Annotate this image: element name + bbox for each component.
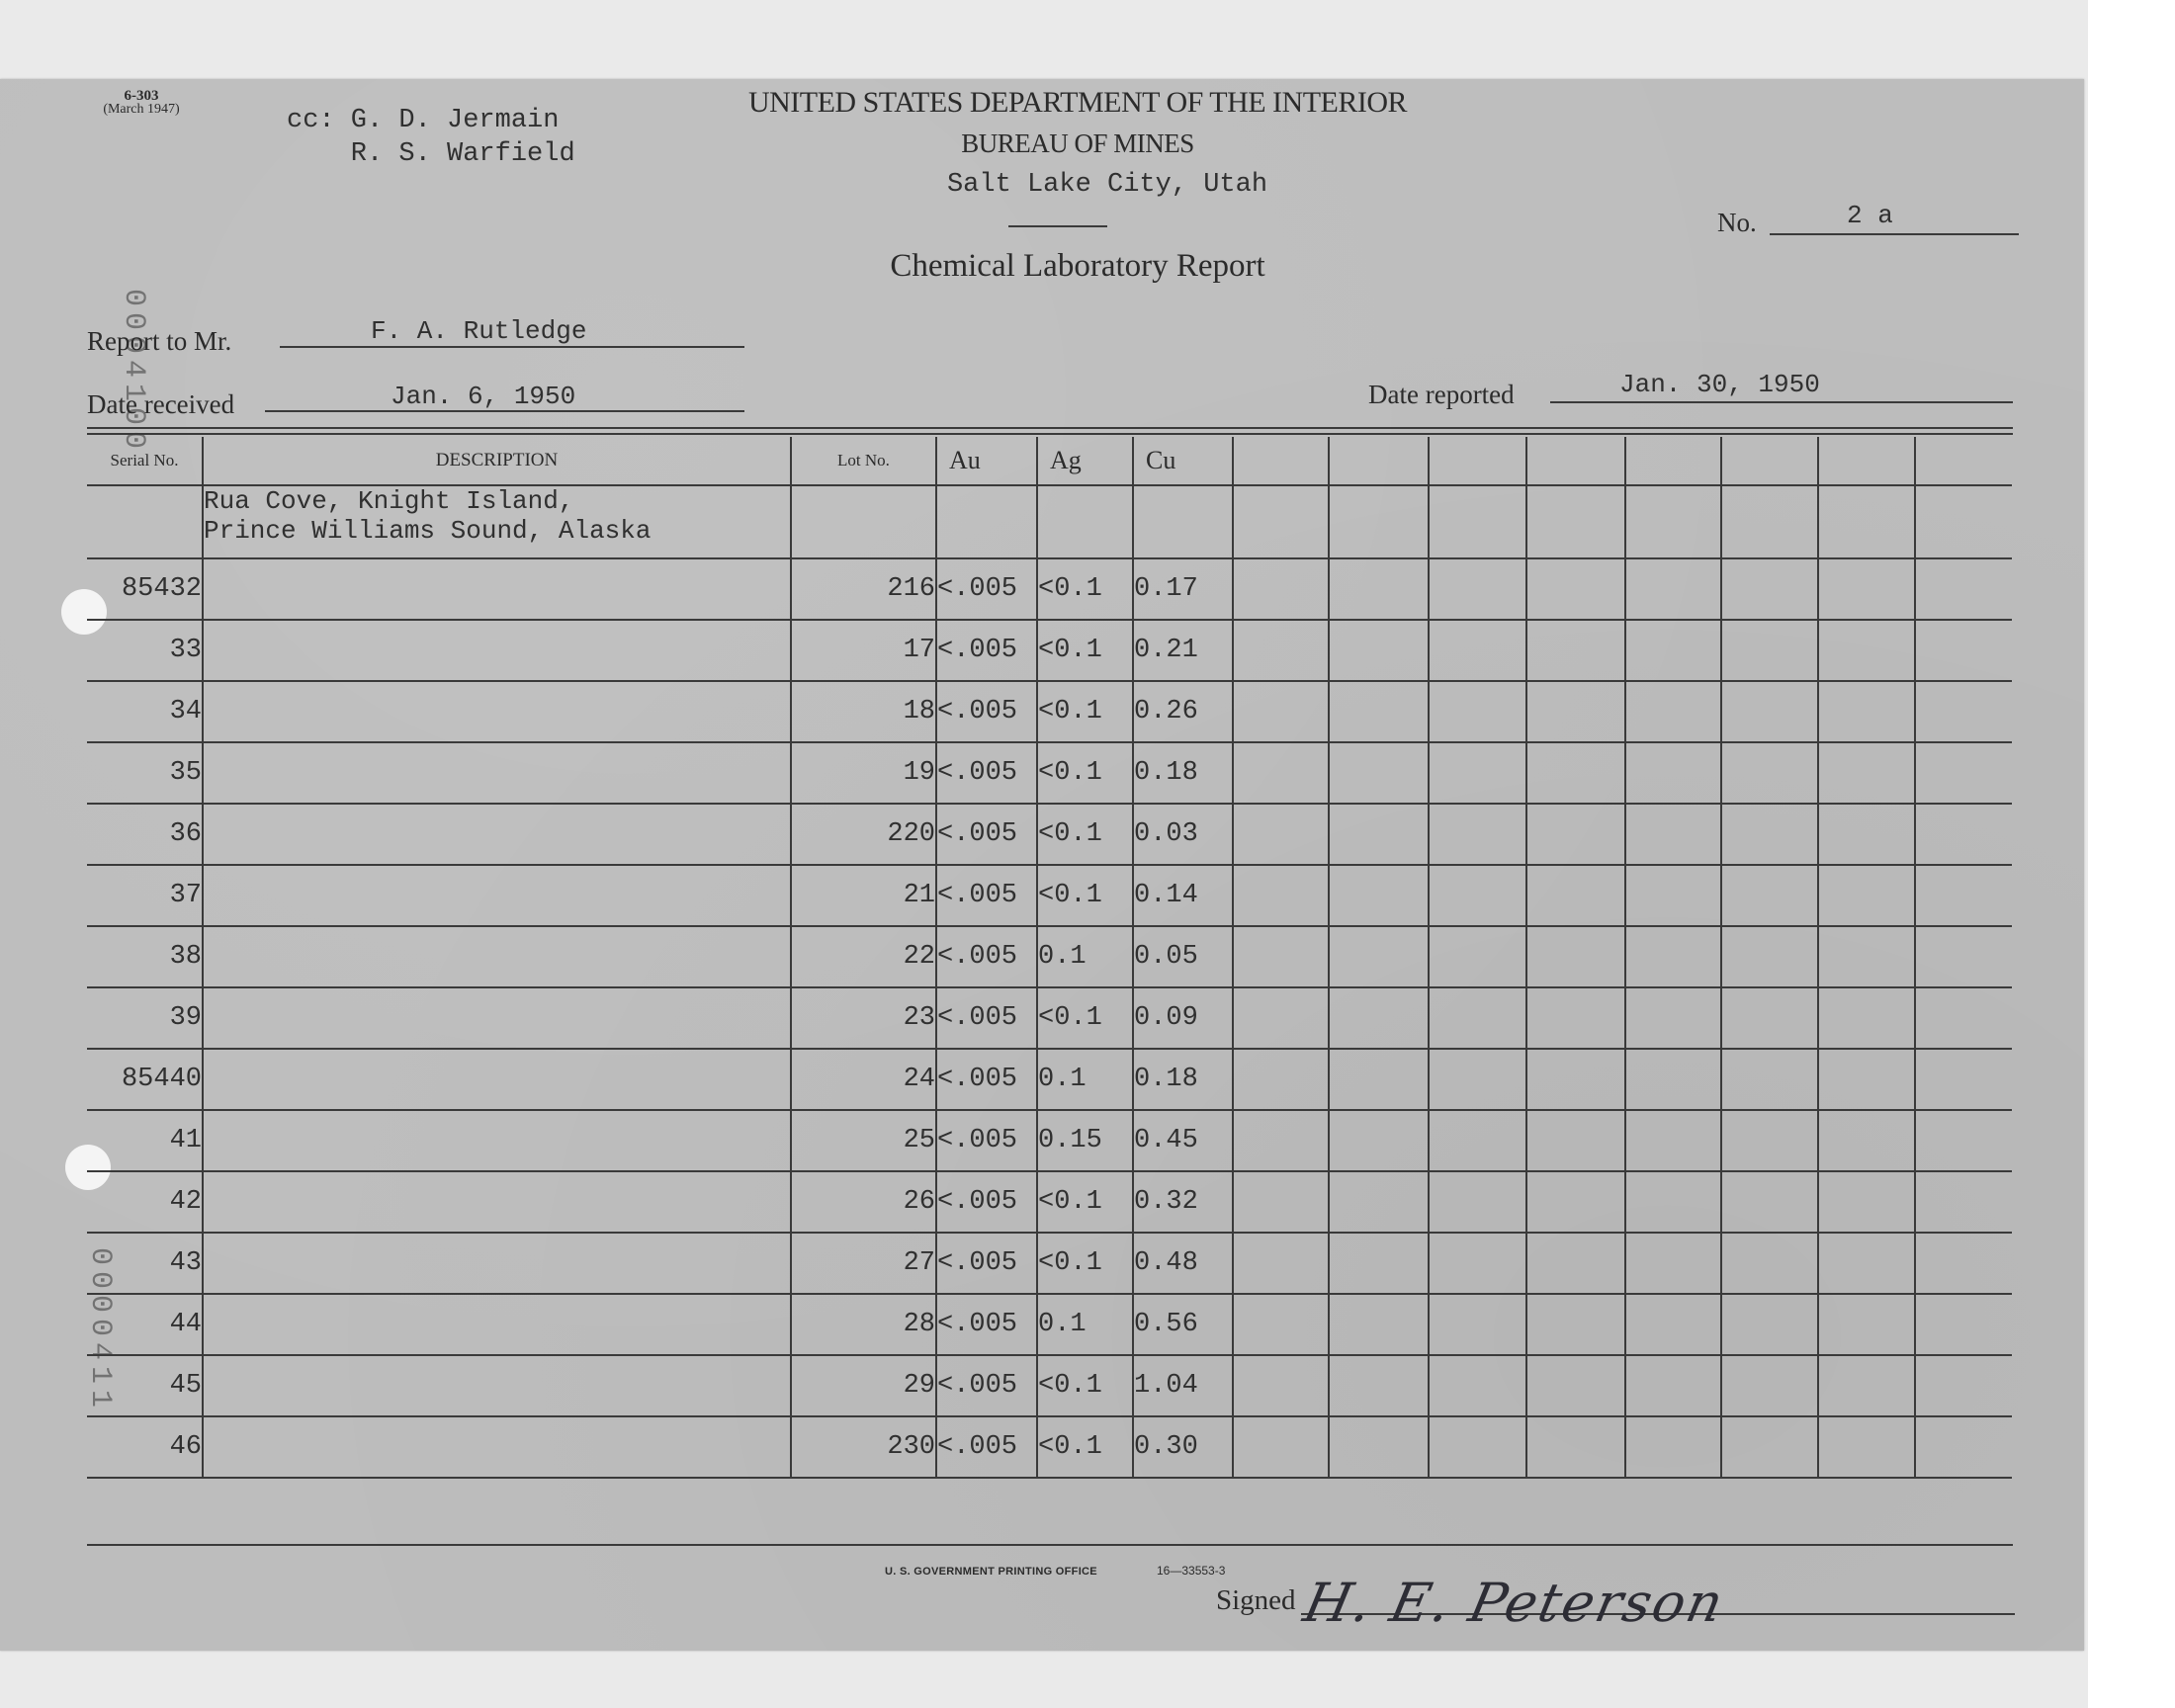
au-cell: <.005 xyxy=(936,1049,1037,1110)
table-header-row: Serial No. DESCRIPTION Lot No. Au Ag Cu xyxy=(87,437,2012,485)
header-blank xyxy=(1233,437,1329,485)
description-cell xyxy=(203,1355,791,1416)
report-to-line xyxy=(280,346,744,348)
blank-cell xyxy=(1233,742,1329,804)
description-cell xyxy=(203,1171,791,1233)
blank-cell xyxy=(1429,804,1526,865)
header-description: DESCRIPTION xyxy=(203,437,791,485)
blank-cell xyxy=(1329,558,1429,620)
au-cell: <.005 xyxy=(936,804,1037,865)
blank-cell xyxy=(1329,1416,1429,1478)
blank-cell xyxy=(1721,620,1818,681)
ag-cell: <0.1 xyxy=(1037,1233,1133,1294)
serial-cell: 41 xyxy=(87,1110,203,1171)
form-revision: (March 1947) xyxy=(87,103,196,117)
serial-cell: 44 xyxy=(87,1294,203,1355)
blank-cell xyxy=(1329,1355,1429,1416)
table-row: 4529<.005<0.11.04 xyxy=(87,1355,2012,1416)
header-lot: Lot No. xyxy=(791,437,936,485)
blank-cell xyxy=(1526,1171,1625,1233)
header-au: Au xyxy=(936,437,1037,485)
blank-cell xyxy=(1915,558,2012,620)
ag-cell: 0.1 xyxy=(1037,1049,1133,1110)
blank-cell xyxy=(1429,987,1526,1049)
description-cell xyxy=(203,1110,791,1171)
blank-cell xyxy=(1721,865,1818,926)
blank-cell xyxy=(1625,1171,1721,1233)
date-received-label: Date received xyxy=(87,389,234,420)
blank-cell xyxy=(1625,804,1721,865)
blank-cell xyxy=(1915,1416,2012,1478)
blank-cell xyxy=(1329,620,1429,681)
header-blank xyxy=(1526,437,1625,485)
serial-cell: 34 xyxy=(87,681,203,742)
blank-cell xyxy=(1818,1355,1915,1416)
cu-cell: 0.26 xyxy=(1133,681,1233,742)
blank-cell xyxy=(1526,1416,1625,1478)
report-to-label: Report to Mr. xyxy=(87,326,231,357)
document-id-stamp-top: 0004100 xyxy=(117,289,150,455)
description-cell xyxy=(203,1233,791,1294)
blank-cell xyxy=(1625,681,1721,742)
serial-cell: 42 xyxy=(87,1171,203,1233)
description-cell xyxy=(203,1416,791,1478)
sample-location-description: Rua Cove, Knight Island, Prince Williams… xyxy=(203,485,791,558)
blank-cell xyxy=(1915,804,2012,865)
blank-cell xyxy=(1721,1171,1818,1233)
blank-cell xyxy=(1329,1233,1429,1294)
au-cell: <.005 xyxy=(936,1233,1037,1294)
blank-cell xyxy=(1721,558,1818,620)
lot-cell: 19 xyxy=(791,742,936,804)
blank-cell xyxy=(1721,1233,1818,1294)
header-blank xyxy=(1818,437,1915,485)
blank-cell xyxy=(1818,1294,1915,1355)
serial-cell: 45 xyxy=(87,1355,203,1416)
blank-cell xyxy=(1233,1049,1329,1110)
table-row: 8544024<.0050.10.18 xyxy=(87,1049,2012,1110)
blank-cell xyxy=(1233,1171,1329,1233)
description-cell xyxy=(203,865,791,926)
signature: H. E. Peterson xyxy=(1298,1572,1730,1634)
au-cell: <.005 xyxy=(936,926,1037,987)
header-cu: Cu xyxy=(1133,437,1233,485)
cu-cell: 0.14 xyxy=(1133,865,1233,926)
report-to-value: F. A. Rutledge xyxy=(371,316,586,346)
blank-cell xyxy=(1233,865,1329,926)
blank-cell xyxy=(1233,1294,1329,1355)
table-row: 46230<.005<0.10.30 xyxy=(87,1416,2012,1478)
blank-cell xyxy=(1233,681,1329,742)
au-cell: <.005 xyxy=(936,558,1037,620)
blank-cell xyxy=(1818,1416,1915,1478)
ag-cell: <0.1 xyxy=(1037,620,1133,681)
blank-cell xyxy=(1721,804,1818,865)
blank-cell xyxy=(1818,742,1915,804)
blank-cell xyxy=(1329,742,1429,804)
au-cell: <.005 xyxy=(936,681,1037,742)
lot-cell: 18 xyxy=(791,681,936,742)
blank-cell xyxy=(1429,865,1526,926)
blank-cell xyxy=(1915,1233,2012,1294)
blank-cell xyxy=(1429,1294,1526,1355)
blank-cell xyxy=(1625,620,1721,681)
ag-cell: 0.1 xyxy=(1037,1294,1133,1355)
cu-cell: 0.30 xyxy=(1133,1416,1233,1478)
blank-cell xyxy=(1429,1355,1526,1416)
ag-cell: <0.1 xyxy=(1037,865,1133,926)
cu-cell: 0.05 xyxy=(1133,926,1233,987)
description-row: Rua Cove, Knight Island, Prince Williams… xyxy=(87,485,2012,558)
cu-cell: 1.04 xyxy=(1133,1355,1233,1416)
table-row: 4226<.005<0.10.32 xyxy=(87,1171,2012,1233)
table-row: 36220<.005<0.10.03 xyxy=(87,804,2012,865)
blank-cell xyxy=(1233,1233,1329,1294)
blank-cell xyxy=(1329,1294,1429,1355)
blank-cell xyxy=(1526,1233,1625,1294)
description-cell xyxy=(203,742,791,804)
date-received-value: Jan. 6, 1950 xyxy=(391,382,575,411)
blank-cell xyxy=(1429,1049,1526,1110)
lot-cell: 24 xyxy=(791,1049,936,1110)
header-divider xyxy=(1008,225,1107,227)
au-cell: <.005 xyxy=(936,1294,1037,1355)
cu-cell: 0.18 xyxy=(1133,1049,1233,1110)
blank-cell xyxy=(1721,1049,1818,1110)
header-blank xyxy=(1625,437,1721,485)
blank-cell xyxy=(1233,926,1329,987)
blank-cell xyxy=(1818,1171,1915,1233)
blank-cell xyxy=(1329,1171,1429,1233)
blank-cell xyxy=(1429,1233,1526,1294)
ag-cell: <0.1 xyxy=(1037,987,1133,1049)
blank-cell xyxy=(1721,1355,1818,1416)
blank-cell xyxy=(1721,987,1818,1049)
ag-cell: <0.1 xyxy=(1037,681,1133,742)
report-number-value: 2 a xyxy=(1847,201,1893,230)
cu-cell: 0.48 xyxy=(1133,1233,1233,1294)
ag-cell: <0.1 xyxy=(1037,1416,1133,1478)
blank-cell xyxy=(1818,926,1915,987)
blank-cell xyxy=(1429,926,1526,987)
blank-cell xyxy=(1526,1294,1625,1355)
lot-cell: 29 xyxy=(791,1355,936,1416)
cu-cell: 0.18 xyxy=(1133,742,1233,804)
header-blank xyxy=(1329,437,1429,485)
blank-cell xyxy=(1818,558,1915,620)
blank-cell xyxy=(1915,1049,2012,1110)
serial-cell: 36 xyxy=(87,804,203,865)
blank-cell xyxy=(1233,558,1329,620)
blank-cell xyxy=(1233,1355,1329,1416)
blank-cell xyxy=(1915,742,2012,804)
cu-cell: 0.03 xyxy=(1133,804,1233,865)
au-cell: <.005 xyxy=(936,742,1037,804)
blank-cell xyxy=(1625,1416,1721,1478)
blank-cell xyxy=(1818,1233,1915,1294)
blank-cell xyxy=(1625,1110,1721,1171)
cu-cell: 0.32 xyxy=(1133,1171,1233,1233)
blank-cell xyxy=(1526,987,1625,1049)
blank-cell xyxy=(1526,1110,1625,1171)
report-title: Chemical Laboratory Report xyxy=(593,248,1562,285)
header-blank xyxy=(1915,437,2012,485)
blank-cell xyxy=(1721,926,1818,987)
blank-cell xyxy=(1625,1049,1721,1110)
blank-cell xyxy=(1233,1416,1329,1478)
lot-cell: 23 xyxy=(791,987,936,1049)
blank-cell xyxy=(1818,987,1915,1049)
blank-cell xyxy=(1625,1355,1721,1416)
printing-office-note: U. S. GOVERNMENT PRINTING OFFICE xyxy=(885,1566,1097,1578)
blank-cell xyxy=(1625,742,1721,804)
blank-cell xyxy=(1329,987,1429,1049)
blank-cell xyxy=(1818,804,1915,865)
serial-cell: 39 xyxy=(87,987,203,1049)
description-cell xyxy=(203,987,791,1049)
results-table: Serial No. DESCRIPTION Lot No. Au Ag Cu … xyxy=(87,437,2012,1479)
header-serial: Serial No. xyxy=(87,437,203,485)
blank-cell xyxy=(1429,742,1526,804)
cu-cell: 0.09 xyxy=(1133,987,1233,1049)
table-row: 4327<.005<0.10.48 xyxy=(87,1233,2012,1294)
blank-cell xyxy=(1526,926,1625,987)
department-title: UNITED STATES DEPARTMENT OF THE INTERIOR xyxy=(593,86,1562,120)
serial-cell: 85432 xyxy=(87,558,203,620)
blank-cell xyxy=(1329,1049,1429,1110)
blank-cell xyxy=(1915,1171,2012,1233)
lot-cell: 216 xyxy=(791,558,936,620)
date-reported-line xyxy=(1550,401,2013,403)
blank-cell xyxy=(1233,1110,1329,1171)
lot-cell: 220 xyxy=(791,804,936,865)
description-cell xyxy=(203,558,791,620)
ag-cell: <0.1 xyxy=(1037,804,1133,865)
blank-cell xyxy=(1233,804,1329,865)
table-row: 3317<.005<0.10.21 xyxy=(87,620,2012,681)
blank-cell xyxy=(1915,987,2012,1049)
blank-cell xyxy=(1721,1110,1818,1171)
cu-cell: 0.56 xyxy=(1133,1294,1233,1355)
ag-cell: <0.1 xyxy=(1037,1355,1133,1416)
blank-cell xyxy=(1915,926,2012,987)
header-blank xyxy=(1721,437,1818,485)
blank-cell xyxy=(1818,1049,1915,1110)
description-cell xyxy=(203,681,791,742)
blank-cell xyxy=(1429,1416,1526,1478)
table-row: 3519<.005<0.10.18 xyxy=(87,742,2012,804)
blank-cell xyxy=(1526,804,1625,865)
blank-cell xyxy=(1526,742,1625,804)
date-reported-value: Jan. 30, 1950 xyxy=(1619,370,1820,399)
description-cell xyxy=(203,1049,791,1110)
blank-cell xyxy=(1625,926,1721,987)
au-cell: <.005 xyxy=(936,987,1037,1049)
description-cell xyxy=(203,804,791,865)
serial-cell: 85440 xyxy=(87,1049,203,1110)
table-top-rule xyxy=(87,427,2013,429)
blank-cell xyxy=(1429,1171,1526,1233)
blank-cell xyxy=(1526,1049,1625,1110)
blank-cell xyxy=(1915,1294,2012,1355)
table-row: 3822<.0050.10.05 xyxy=(87,926,2012,987)
blank-cell xyxy=(1233,620,1329,681)
printing-code: 16—33553-3 xyxy=(1157,1564,1225,1578)
blank-cell xyxy=(1915,681,2012,742)
description-cell xyxy=(203,926,791,987)
blank-cell xyxy=(1526,620,1625,681)
report-number-line xyxy=(1770,233,2019,235)
au-cell: <.005 xyxy=(936,620,1037,681)
date-reported-label: Date reported xyxy=(1368,380,1515,410)
lot-cell: 27 xyxy=(791,1233,936,1294)
blank-cell xyxy=(1329,1110,1429,1171)
au-cell: <.005 xyxy=(936,1171,1037,1233)
serial-cell: 35 xyxy=(87,742,203,804)
ag-cell: <0.1 xyxy=(1037,742,1133,804)
au-cell: <.005 xyxy=(936,1110,1037,1171)
blank-cell xyxy=(1429,620,1526,681)
ag-cell: <0.1 xyxy=(1037,1171,1133,1233)
au-cell: <.005 xyxy=(936,1355,1037,1416)
blank-cell xyxy=(1818,1110,1915,1171)
table-row: 4125<.0050.150.45 xyxy=(87,1110,2012,1171)
form-number-block: 6-303 (March 1947) xyxy=(87,89,196,117)
ag-cell: <0.1 xyxy=(1037,558,1133,620)
description-cell xyxy=(203,1294,791,1355)
ag-cell: 0.1 xyxy=(1037,926,1133,987)
blank-cell xyxy=(1721,742,1818,804)
blank-cell xyxy=(1915,865,2012,926)
lot-cell: 230 xyxy=(791,1416,936,1478)
blank-cell xyxy=(1329,804,1429,865)
serial-cell: 46 xyxy=(87,1416,203,1478)
lot-cell: 17 xyxy=(791,620,936,681)
blank-cell xyxy=(1625,987,1721,1049)
lot-cell: 26 xyxy=(791,1171,936,1233)
cu-cell: 0.21 xyxy=(1133,620,1233,681)
blank-cell xyxy=(1429,558,1526,620)
description-cell xyxy=(203,620,791,681)
serial-cell: 33 xyxy=(87,620,203,681)
serial-cell: 37 xyxy=(87,865,203,926)
blank-cell xyxy=(1526,1355,1625,1416)
cc-recipients: cc: G. D. Jermain R. S. Warfield xyxy=(287,104,575,171)
ag-cell: 0.15 xyxy=(1037,1110,1133,1171)
form-number: 6-303 xyxy=(87,89,196,103)
blank-cell xyxy=(1526,558,1625,620)
signed-label: Signed xyxy=(1216,1584,1296,1617)
table-bottom-rule xyxy=(87,1544,2013,1546)
table-row: 3923<.005<0.10.09 xyxy=(87,987,2012,1049)
table-row: 3418<.005<0.10.26 xyxy=(87,681,2012,742)
serial-cell: 38 xyxy=(87,926,203,987)
blank-cell xyxy=(1233,987,1329,1049)
blank-cell xyxy=(1625,865,1721,926)
blank-cell xyxy=(1818,620,1915,681)
blank-cell xyxy=(1915,1355,2012,1416)
blank-cell xyxy=(1329,865,1429,926)
blank-cell xyxy=(1915,1110,2012,1171)
lot-cell: 21 xyxy=(791,865,936,926)
blank-cell xyxy=(1915,620,2012,681)
blank-cell xyxy=(1329,926,1429,987)
au-cell: <.005 xyxy=(936,1416,1037,1478)
blank-cell xyxy=(1526,681,1625,742)
bureau-title: BUREAU OF MINES xyxy=(593,128,1562,159)
blank-cell xyxy=(1329,681,1429,742)
cu-cell: 0.17 xyxy=(1133,558,1233,620)
blank-cell xyxy=(1429,681,1526,742)
blank-cell xyxy=(1526,865,1625,926)
header-blank xyxy=(1429,437,1526,485)
table-row: 3721<.005<0.10.14 xyxy=(87,865,2012,926)
blank-cell xyxy=(1721,1294,1818,1355)
blank-cell xyxy=(1625,1233,1721,1294)
blank-cell xyxy=(1429,1110,1526,1171)
blank-cell xyxy=(1818,865,1915,926)
header-ag: Ag xyxy=(1037,437,1133,485)
serial-cell: 43 xyxy=(87,1233,203,1294)
au-cell: <.005 xyxy=(936,865,1037,926)
lot-cell: 28 xyxy=(791,1294,936,1355)
blank-cell xyxy=(1818,681,1915,742)
report-number-label: No. xyxy=(1717,208,1757,238)
blank-cell xyxy=(1721,681,1818,742)
table-row: 4428<.0050.10.56 xyxy=(87,1294,2012,1355)
blank-cell xyxy=(1625,558,1721,620)
location: Salt Lake City, Utah xyxy=(613,170,1602,200)
lot-cell: 22 xyxy=(791,926,936,987)
cu-cell: 0.45 xyxy=(1133,1110,1233,1171)
lot-cell: 25 xyxy=(791,1110,936,1171)
table-top-rule xyxy=(87,433,2013,435)
table-row: 85432216<.005<0.10.17 xyxy=(87,558,2012,620)
blank-cell xyxy=(1721,1416,1818,1478)
blank-cell xyxy=(1625,1294,1721,1355)
